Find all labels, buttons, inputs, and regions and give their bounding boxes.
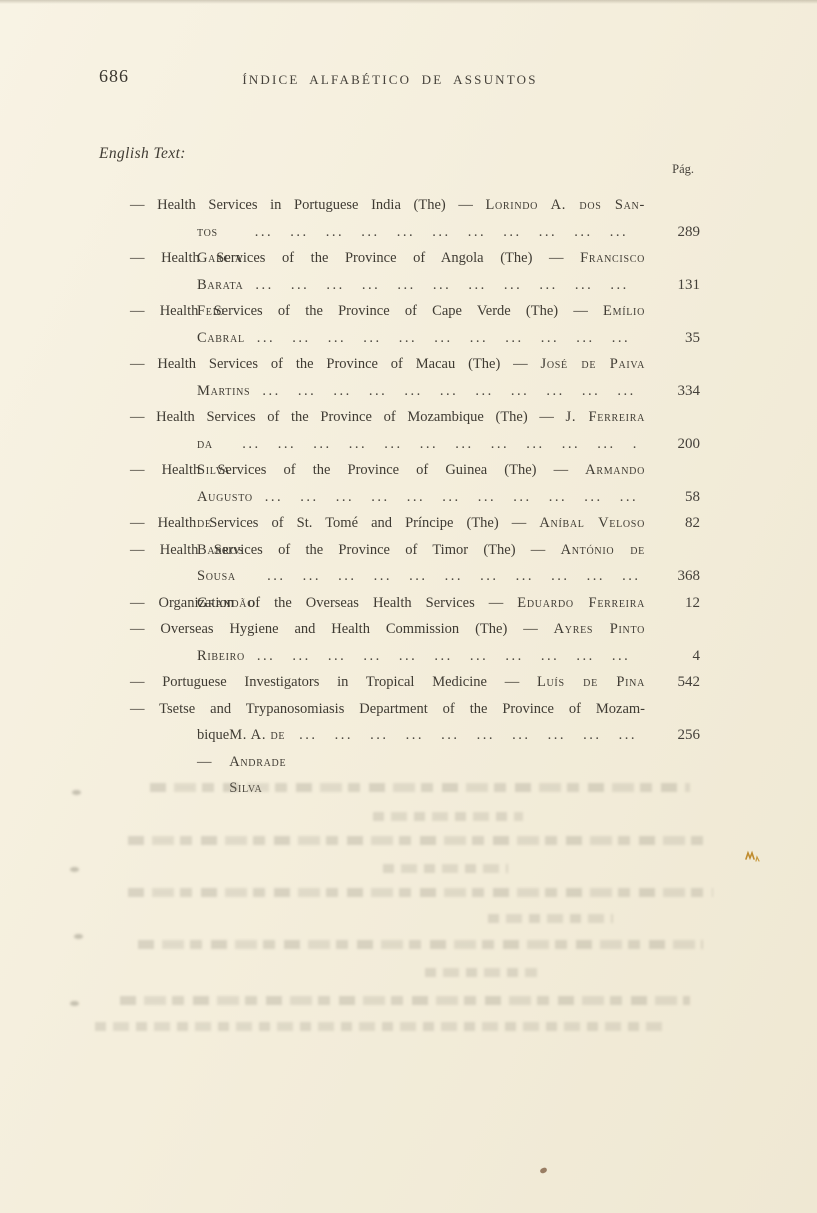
entry-title-text: — Organization of the Overseas Health Se… xyxy=(130,595,517,611)
author-name: M. A. de Andrade Silva xyxy=(229,722,287,749)
entry-page-number: 334 xyxy=(645,378,700,405)
leader-dots: ... ... ... ... ... ... ... ... ... ... … xyxy=(265,484,639,511)
index-entries: — Health Services in Portuguese India (T… xyxy=(130,192,700,749)
entry-title-text: — Health Services in Portuguese India (T… xyxy=(130,197,485,213)
index-entry: — Health Services of the Province of Tim… xyxy=(130,537,700,590)
author-name: Martins xyxy=(197,378,250,405)
page-title: ÍNDICE ALFABÉTICO DE ASSUNTOS xyxy=(0,72,780,88)
entry-lines: — Health Services of the Province of Ang… xyxy=(130,245,645,298)
entry-line: Barata Feio... ... ... ... ... ... ... .… xyxy=(130,272,645,299)
entry-lines: — Health Services of the Province of Cap… xyxy=(130,298,645,351)
author-name: Eduardo Ferreira xyxy=(517,595,645,611)
entry-line: — Overseas Hygiene and Health Commission… xyxy=(130,616,645,643)
index-entry: — Health Services of the Province of Ang… xyxy=(130,245,700,298)
bleed-through-line xyxy=(425,968,537,977)
entry-title-text: — Tsetse and Trypanosomiasis Department … xyxy=(130,701,645,717)
index-entry: — Portuguese Investigators in Tropical M… xyxy=(130,669,700,696)
author-name: Ayres Pinto xyxy=(554,621,645,637)
author-name: António de xyxy=(561,542,645,558)
bleed-through-line xyxy=(128,888,713,897)
entry-lines: — Tsetse and Trypanosomiasis Department … xyxy=(130,696,645,749)
entry-title-text: — Overseas Hygiene and Health Commission… xyxy=(130,621,554,637)
leader-dots: ... ... ... ... ... ... ... ... ... ... … xyxy=(257,325,639,352)
entry-title-text: — Portuguese Investigators in Tropical M… xyxy=(130,674,537,690)
author-name: Cabral xyxy=(197,325,245,352)
entry-line: Ribeiro... ... ... ... ... ... ... ... .… xyxy=(130,643,645,670)
leader-dots: ... ... ... ... ... ... ... ... ... ... … xyxy=(255,219,639,246)
entry-title-text: — Health Services of the Province of Tim… xyxy=(130,542,561,558)
bleed-through-speck xyxy=(74,934,83,939)
entry-line: Augusto de Barros... ... ... ... ... ...… xyxy=(130,484,645,511)
index-entry: — Health Services of St. Tomé and Prínci… xyxy=(130,510,700,537)
bleed-through-line xyxy=(120,996,690,1005)
leader-dots: ... ... ... ... ... ... ... ... ... ... … xyxy=(262,378,639,405)
author-name: Francisco xyxy=(580,250,645,266)
index-entry: — Health Services of the Province of Moz… xyxy=(130,404,700,457)
section-label: English Text: xyxy=(99,145,186,163)
index-entry: — Health Services of the Province of Mac… xyxy=(130,351,700,404)
leader-dots: ... ... ... ... ... ... ... ... ... ... … xyxy=(267,563,639,590)
entry-line: Martins... ... ... ... ... ... ... ... .… xyxy=(130,378,645,405)
entry-line: tos Garcia... ... ... ... ... ... ... ..… xyxy=(130,219,645,246)
entry-line: — Health Services of the Province of Ang… xyxy=(130,245,645,272)
entry-line: — Health Services of the Province of Gui… xyxy=(130,457,645,484)
author-name: J. Ferreira xyxy=(566,409,645,425)
entry-page-number: 289 xyxy=(645,219,700,246)
author-name: Barata Feio xyxy=(197,272,243,299)
author-name: tos Garcia xyxy=(197,219,243,246)
entry-page-number: 35 xyxy=(645,325,700,352)
entry-line: — Health Services of the Province of Cap… xyxy=(130,298,645,325)
entry-lines: — Health Services of the Province of Tim… xyxy=(130,537,645,590)
entry-page-number: 256 xyxy=(645,722,700,749)
entry-lines: — Health Services of the Province of Moz… xyxy=(130,404,645,457)
author-name: Armando xyxy=(585,462,645,478)
entry-title-text: — Health Services of the Province of Mac… xyxy=(130,356,541,372)
author-name: Ribeiro xyxy=(197,643,245,670)
bleed-through-line xyxy=(373,812,523,821)
index-entry: — Tsetse and Trypanosomiasis Department … xyxy=(130,696,700,749)
entry-lines: — Health Services of the Province of Gui… xyxy=(130,457,645,510)
scanned-page: 686 ÍNDICE ALFABÉTICO DE ASSUNTOS Englis… xyxy=(0,0,817,1213)
entry-line: Sousa Grandão... ... ... ... ... ... ...… xyxy=(130,563,645,590)
stray-ink-mark xyxy=(744,849,762,865)
entry-lines: — Overseas Hygiene and Health Commission… xyxy=(130,616,645,669)
bleed-through-line xyxy=(138,940,703,949)
author-name: da Silva xyxy=(197,431,230,458)
author-name: José de Paiva xyxy=(541,356,645,372)
page-column-label: Pág. xyxy=(672,162,694,177)
entry-page-number: 82 xyxy=(645,510,700,537)
entry-line: — Health Services of St. Tomé and Prínci… xyxy=(130,510,645,537)
entry-page-number: 4 xyxy=(645,643,700,670)
entry-page-number: 12 xyxy=(645,590,700,617)
entry-title-text: — Health Services of the Province of Moz… xyxy=(130,409,566,425)
bleed-through-line xyxy=(95,1022,665,1031)
bleed-through-speck xyxy=(72,790,81,795)
entry-lines: — Health Services of St. Tomé and Prínci… xyxy=(130,510,645,537)
bleed-through-line xyxy=(128,836,703,845)
paper-speck xyxy=(539,1167,547,1174)
entry-line: Cabral... ... ... ... ... ... ... ... ..… xyxy=(130,325,645,352)
entry-line: — Health Services in Portuguese India (T… xyxy=(130,192,645,219)
author-name: Emílio xyxy=(603,303,645,319)
entry-title-text: — Health Services of the Province of Ang… xyxy=(130,250,580,266)
author-name: Sousa Grandão xyxy=(197,563,255,590)
index-entry: — Health Services in Portuguese India (T… xyxy=(130,192,700,245)
entry-line: — Tsetse and Trypanosomiasis Department … xyxy=(130,696,645,723)
leader-dots: ... ... ... ... ... ... ... ... ... ... … xyxy=(255,272,639,299)
author-name: Lorindo A. dos San- xyxy=(485,197,645,213)
author-name: Aníbal Veloso xyxy=(539,515,645,531)
entry-title-text: — Health Services of St. Tomé and Prínci… xyxy=(130,515,539,531)
bleed-through-speck xyxy=(70,867,79,872)
scan-top-edge-shadow xyxy=(0,0,817,4)
author-name: Luís de Pina xyxy=(537,674,645,690)
bleed-through-line xyxy=(383,864,508,873)
index-entry: — Health Services of the Province of Gui… xyxy=(130,457,700,510)
entry-line: — Portuguese Investigators in Tropical M… xyxy=(130,669,645,696)
index-entry: — Organization of the Overseas Health Se… xyxy=(130,590,700,617)
entry-lines: — Health Services in Portuguese India (T… xyxy=(130,192,645,245)
entry-line: — Health Services of the Province of Mac… xyxy=(130,351,645,378)
entry-line: da Silva... ... ... ... ... ... ... ... … xyxy=(130,431,645,458)
entry-page-number: 131 xyxy=(645,272,700,299)
entry-page-number: 200 xyxy=(645,431,700,458)
entry-page-number: 542 xyxy=(645,669,700,696)
entry-line: bique — M. A. de Andrade Silva... ... ..… xyxy=(130,722,645,749)
entry-page-number: 58 xyxy=(645,484,700,511)
leader-dots: ... ... ... ... ... ... ... ... ... ... … xyxy=(257,643,639,670)
leader-dots: ... ... ... ... ... ... ... ... ... ... … xyxy=(299,722,639,749)
entry-page-number: 368 xyxy=(645,563,700,590)
leader-dots: ... ... ... ... ... ... ... ... ... ... … xyxy=(242,431,639,458)
bleed-through-line xyxy=(150,783,690,792)
author-name: Augusto de Barros xyxy=(197,484,253,511)
entry-title-text: bique — xyxy=(197,722,229,749)
index-entry: — Health Services of the Province of Cap… xyxy=(130,298,700,351)
entry-line: — Health Services of the Province of Tim… xyxy=(130,537,645,564)
entry-lines: — Portuguese Investigators in Tropical M… xyxy=(130,669,645,696)
bleed-through-line xyxy=(488,914,613,923)
bleed-through-speck xyxy=(70,1001,79,1006)
entry-title-text: — Health Services of the Province of Gui… xyxy=(130,462,585,478)
entry-title-text: — Health Services of the Province of Cap… xyxy=(130,303,603,319)
entry-lines: — Organization of the Overseas Health Se… xyxy=(130,590,645,617)
entry-lines: — Health Services of the Province of Mac… xyxy=(130,351,645,404)
entry-line: — Organization of the Overseas Health Se… xyxy=(130,590,645,617)
index-entry: — Overseas Hygiene and Health Commission… xyxy=(130,616,700,669)
entry-line: — Health Services of the Province of Moz… xyxy=(130,404,645,431)
